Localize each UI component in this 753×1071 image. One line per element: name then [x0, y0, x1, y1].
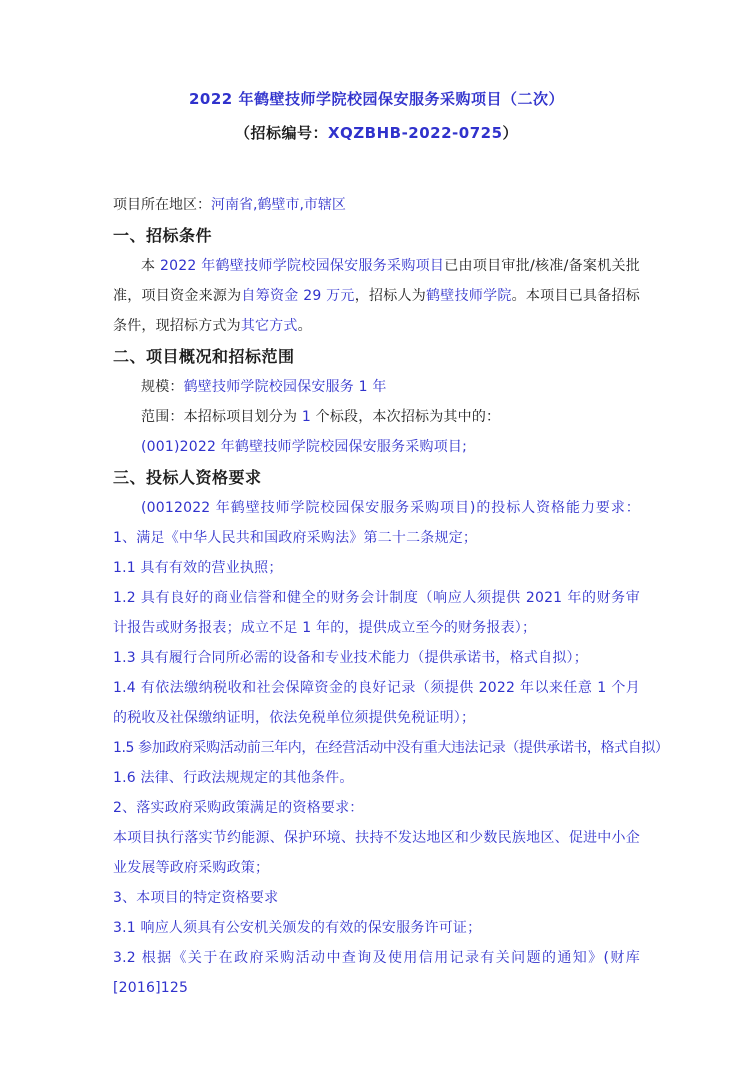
scope-line: 范围：本招标项目划分为 1 个标段，本次招标为其中的：	[113, 402, 640, 432]
scope-seg1: 范围：本招标项目划分为	[141, 409, 302, 425]
scale-label: 规模：	[141, 379, 184, 395]
s1-seg1: 本	[141, 258, 160, 274]
document-page: 2022 年鹤壁技师学院校园保安服务采购项目（二次） （招标编号：XQZBHB-…	[0, 0, 753, 1071]
section3-heading: 三、投标人资格要求	[113, 462, 640, 493]
qualification-item-3-1: 3.1 响应人须具有公安机关颁发的有效的保安服务许可证；	[113, 913, 640, 943]
s1-funding-source: 自筹资金 29 万元	[241, 288, 354, 304]
s1-tender-method: 其它方式	[241, 318, 298, 334]
scope-seg3: 个标段，本次招标为其中的：	[311, 409, 500, 425]
section2-heading: 二、项目概况和招标范围	[113, 341, 640, 372]
project-region-line: 项目所在地区：河南省,鹤壁市,市辖区	[113, 190, 640, 220]
qualification-item-2: 2、落实政府采购政策满足的资格要求：	[113, 793, 640, 823]
region-label: 项目所在地区：	[113, 197, 211, 213]
qualification-intro: (0012022 年鹤壁技师学院校园保安服务采购项目)的投标人资格能力要求：1、…	[113, 493, 640, 553]
section1-paragraph: 本 2022 年鹤壁技师学院校园保安服务采购项目已由项目审批/核准/备案机关批准…	[113, 251, 640, 341]
qualification-item-1-5: 1.5 参加政府采购活动前三年内，在经营活动中没有重大违法记录（提供承诺书，格式…	[113, 733, 640, 763]
document-title: 2022 年鹤壁技师学院校园保安服务采购项目（二次）	[113, 88, 640, 110]
qualification-item-3-2: 3.2 根据《关于在政府采购活动中查询及使用信用记录有关问题的通知》(财库[20…	[113, 943, 640, 1003]
tender-number-prefix: （招标编号：	[235, 124, 328, 142]
section1-heading: 一、招标条件	[113, 220, 640, 251]
region-value: 河南省,鹤壁市,市辖区	[211, 197, 346, 213]
s1-project-name-link: 2022 年鹤壁技师学院校园保安服务采购项目	[160, 258, 444, 274]
qualification-item-1-4: 1.4 有依法缴纳税收和社会保障资金的良好记录（须提供 2022 年以来任意 1…	[113, 673, 640, 733]
s1-seg9: 。	[298, 318, 312, 334]
qualification-item-1-1: 1.1 具有有效的营业执照；	[113, 553, 640, 583]
scale-value: 鹤壁技师学院校园保安服务 1 年	[184, 379, 387, 395]
qualification-item-1-3: 1.3 具有履行合同所必需的设备和专业技术能力（提供承诺书，格式自拟）；	[113, 643, 640, 673]
scope-lot-count: 1	[302, 409, 311, 425]
qualification-policy-line: 本项目执行落实节约能源、保护环境、扶持不发达地区和少数民族地区、促进中小企业发展…	[113, 823, 640, 883]
tender-number-value: XQZBHB-2022-0725	[328, 124, 503, 142]
tender-number-line: （招标编号：XQZBHB-2022-0725）	[113, 122, 640, 144]
lot-line: (001)2022 年鹤壁技师学院校园保安服务采购项目;	[113, 432, 640, 462]
s1-tenderer-name: 鹤壁技师学院	[426, 288, 512, 304]
qualification-item-1-6: 1.6 法律、行政法规规定的其他条件。	[113, 763, 640, 793]
qualification-item-3: 3、本项目的特定资格要求	[113, 883, 640, 913]
scale-line: 规模：鹤壁技师学院校园保安服务 1 年	[113, 372, 640, 402]
qualification-item-1-2: 1.2 具有良好的商业信誉和健全的财务会计制度（响应人须提供 2021 年的财务…	[113, 583, 640, 643]
tender-number-suffix: ）	[503, 124, 519, 142]
s1-seg5: ，招标人为	[355, 288, 426, 304]
